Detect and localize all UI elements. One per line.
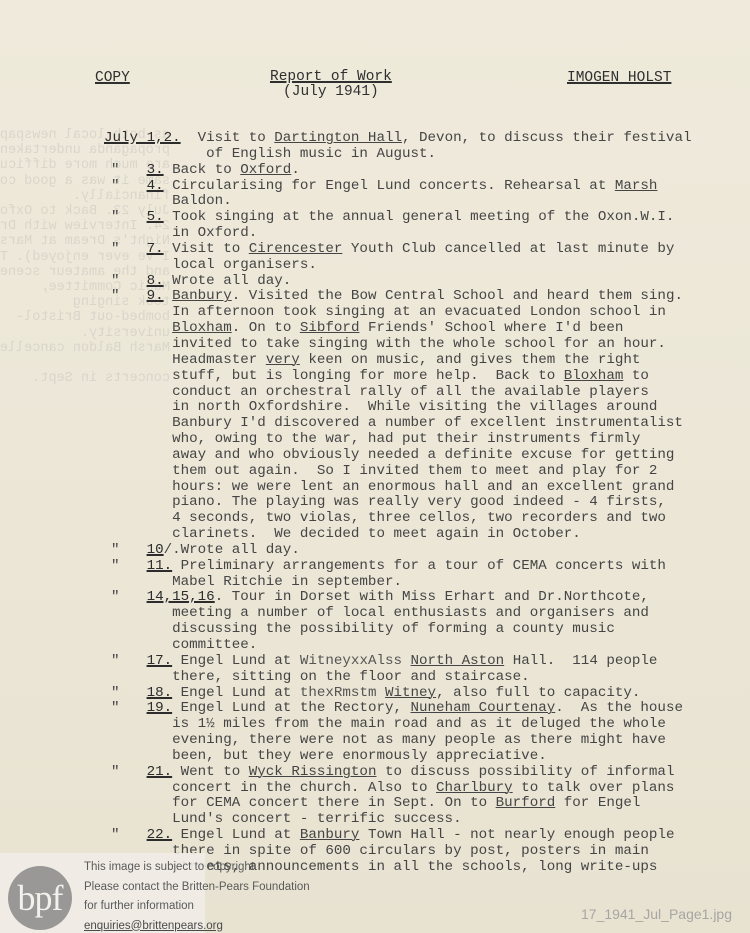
ditto-mark: " bbox=[111, 289, 120, 305]
contact-email-link[interactable]: enquiries@brittenpears.org bbox=[84, 920, 223, 932]
entry-line: In afternoon took singing at an evacuate… bbox=[104, 305, 750, 321]
entry-text: is 1½ miles from the main road and as it… bbox=[104, 716, 666, 732]
entry-text: Visit to bbox=[181, 130, 275, 146]
entry-text: to discuss possibility of informal bbox=[376, 764, 674, 780]
entry-line: Baldon. bbox=[104, 194, 750, 210]
entry-line: 7. Visit to Cirencester Youth Club cance… bbox=[104, 242, 750, 258]
entry-text: local organisers. bbox=[104, 257, 317, 273]
entry-line: conduct an orchestral rally of all the a… bbox=[104, 385, 750, 401]
report-entry: " 11. Preliminary arrangements for a tou… bbox=[104, 559, 750, 591]
report-body: July 1,2. Visit to Dartington Hall, Devo… bbox=[104, 131, 750, 876]
entry-text: Visit to bbox=[164, 241, 249, 257]
entry-text: them out again. So I invited them to mee… bbox=[104, 463, 657, 479]
ditto-mark: " bbox=[111, 179, 120, 195]
entry-date: 8. bbox=[147, 273, 164, 289]
entry-line: in north Oxfordshire. While visiting the… bbox=[104, 400, 750, 416]
entry-text: Town Hall - not nearly enough people bbox=[359, 827, 674, 843]
copyright-notice: This image is subject to copyright Pleas… bbox=[84, 858, 310, 933]
entry-text: /.Wrote all day. bbox=[164, 542, 300, 558]
entry-text bbox=[376, 685, 385, 701]
report-entry: " 4. Circularising for Engel Lund concer… bbox=[104, 179, 750, 211]
entry-text: Preliminary arrangements for a tour of C… bbox=[172, 558, 666, 574]
entry-line: 18. Engel Lund at thexRmstm Witney, also… bbox=[104, 686, 750, 702]
entry-line: Bloxham. On to Sibford Friends' School w… bbox=[104, 321, 750, 337]
entry-text: Engel Lund at the Rectory, bbox=[172, 700, 410, 716]
bpf-logo: bpf bbox=[8, 866, 72, 930]
entry-text: meeting a number of local enthusiasts an… bbox=[104, 605, 649, 621]
entry-text: Circularising for Engel Lund concerts. R… bbox=[164, 178, 615, 194]
struck-text: thexRmstm bbox=[300, 685, 377, 701]
copyright-line-2: Please contact the Britten-Pears Foundat… bbox=[84, 878, 310, 898]
entry-text: Went to bbox=[172, 764, 249, 780]
copyright-line-1: This image is subject to copyright bbox=[84, 858, 310, 878]
entry-line: 4 seconds, two violas, three cellos, two… bbox=[104, 511, 750, 527]
report-entry: " 19. Engel Lund at the Rectory, Nuneham… bbox=[104, 701, 750, 764]
entry-text: committee. bbox=[104, 637, 257, 653]
entry-text: away and who obviously needed a definite… bbox=[104, 447, 674, 463]
entry-date: 17. bbox=[147, 653, 173, 669]
entry-text: for CEMA concert there in Sept. On to bbox=[104, 795, 496, 811]
underlined-place: Oxford bbox=[240, 162, 291, 178]
entry-text: Wrote all day. bbox=[164, 273, 292, 289]
title-text: Report of Work bbox=[270, 69, 392, 85]
author-name: IMOGEN HOLST bbox=[567, 70, 671, 86]
entry-line: committee. bbox=[104, 638, 750, 654]
entry-text: piano. The playing was really very good … bbox=[104, 494, 666, 510]
entry-line: 5. Took singing at the annual general me… bbox=[104, 210, 750, 226]
entry-line: July 1,2. Visit to Dartington Hall, Devo… bbox=[104, 131, 750, 147]
file-name: 17_1941_Jul_Page1.jpg bbox=[581, 906, 732, 922]
report-entry: " 14,15,16. Tour in Dorset with Miss Erh… bbox=[104, 590, 750, 653]
entry-text: keen on music, and gives them the right bbox=[300, 352, 641, 368]
entry-line: is 1½ miles from the main road and as it… bbox=[104, 717, 750, 733]
entry-line: discussing the possibility of forming a … bbox=[104, 622, 750, 638]
entry-line: away and who obviously needed a definite… bbox=[104, 448, 750, 464]
entry-line: who, owing to the war, had put their ins… bbox=[104, 432, 750, 448]
entry-text: discussing the possibility of forming a … bbox=[104, 621, 615, 637]
report-entry: " 8. Wrote all day. bbox=[104, 274, 750, 290]
entry-text: Lund's concert - terrific success. bbox=[104, 811, 462, 827]
report-entry: " 7. Visit to Cirencester Youth Club can… bbox=[104, 242, 750, 274]
underlined-place: Sibford bbox=[300, 320, 360, 336]
copy-label: COPY bbox=[95, 70, 130, 86]
entry-text: concert in the church. Also to bbox=[104, 780, 436, 796]
entry-line: hours: we were lent an enormous hall and… bbox=[104, 480, 750, 496]
entry-text: conduct an orchestral rally of all the a… bbox=[104, 384, 649, 400]
entry-text: Youth Club cancelled at last minute by bbox=[342, 241, 674, 257]
entry-text: Back to bbox=[164, 162, 241, 178]
entry-text: Engel Lund at bbox=[172, 827, 300, 843]
underlined-place: Wyck Rissington bbox=[249, 764, 377, 780]
entry-line: meeting a number of local enthusiasts an… bbox=[104, 606, 750, 622]
ditto-mark: " bbox=[111, 701, 120, 717]
copyright-line-3: for further information bbox=[84, 897, 310, 917]
entry-line: evening, there were not as many people a… bbox=[104, 733, 750, 749]
ditto-mark: " bbox=[111, 543, 120, 559]
entry-text: stuff, but is longing for more help. Bac… bbox=[104, 368, 564, 384]
entry-line: piano. The playing was really very good … bbox=[104, 495, 750, 511]
entry-line: Headmaster very keen on music, and gives… bbox=[104, 353, 750, 369]
ditto-mark: " bbox=[111, 559, 120, 575]
underlined-place: Charlbury bbox=[436, 780, 513, 796]
entry-line: of English music in August. bbox=[104, 147, 750, 163]
entry-line: 8. Wrote all day. bbox=[104, 274, 750, 290]
entry-line: 3. Back to Oxford. bbox=[104, 163, 750, 179]
underlined-place: Banbury bbox=[300, 827, 360, 843]
entry-line: 14,15,16. Tour in Dorset with Miss Erhar… bbox=[104, 590, 750, 606]
entry-text: hours: we were lent an enormous hall and… bbox=[104, 479, 674, 495]
entry-text: In afternoon took singing at an evacuate… bbox=[104, 304, 666, 320]
entry-date: 22. bbox=[147, 827, 173, 843]
underlined-place: Cirencester bbox=[249, 241, 343, 257]
entry-text: . On to bbox=[232, 320, 300, 336]
entry-line: Banbury I'd discovered a number of excel… bbox=[104, 416, 750, 432]
entry-line: stuff, but is longing for more help. Bac… bbox=[104, 369, 750, 385]
entry-line: Mabel Ritchie in september. bbox=[104, 575, 750, 591]
underlined-place: Bloxham bbox=[564, 368, 624, 384]
report-entry: " 10/.Wrote all day. bbox=[104, 543, 750, 559]
entry-text: Engel Lund at bbox=[172, 653, 300, 669]
report-entry: " 5. Took singing at the annual general … bbox=[104, 210, 750, 242]
entry-text: . Tour in Dorset with Miss Erhart and Dr… bbox=[215, 589, 649, 605]
report-entry: July 1,2. Visit to Dartington Hall, Devo… bbox=[104, 131, 750, 163]
entry-text: 4 seconds, two violas, three cellos, two… bbox=[104, 510, 666, 526]
ditto-mark: " bbox=[111, 828, 120, 844]
entry-text: . bbox=[291, 162, 300, 178]
entry-text: Took singing at the annual general meeti… bbox=[164, 209, 675, 225]
entry-line: clarinets. We decided to meet again in O… bbox=[104, 527, 750, 543]
entry-text: evening, there were not as many people a… bbox=[104, 732, 666, 748]
underlined-place: Marsh bbox=[615, 178, 658, 194]
entry-text: , Devon, to discuss their festival bbox=[402, 130, 691, 146]
entry-text: Baldon. bbox=[104, 193, 232, 209]
underlined-place: Banbury bbox=[172, 288, 232, 304]
report-title: Report of Work (July 1941) bbox=[270, 70, 392, 100]
entry-text bbox=[104, 320, 172, 336]
report-entry: " 17. Engel Lund at WitneyxxAlss North A… bbox=[104, 654, 750, 686]
entry-text: clarinets. We decided to meet again in O… bbox=[104, 526, 581, 542]
underlined-place: Nuneham Courtenay bbox=[411, 700, 556, 716]
entry-text: in Oxford. bbox=[104, 225, 257, 241]
entry-text: there, sitting on the floor and staircas… bbox=[104, 669, 530, 685]
ditto-mark: " bbox=[111, 686, 120, 702]
entry-line: for CEMA concert there in Sept. On to Bu… bbox=[104, 796, 750, 812]
entry-text: for Engel bbox=[555, 795, 640, 811]
underlined-place: Dartington Hall bbox=[274, 130, 402, 146]
entry-line: 4. Circularising for Engel Lund concerts… bbox=[104, 179, 750, 195]
entry-line: Lund's concert - terrific success. bbox=[104, 812, 750, 828]
entry-text: of English music in August. bbox=[104, 146, 436, 162]
struck-text: WitneyxxAlss bbox=[300, 653, 402, 669]
entry-text: to talk over plans bbox=[513, 780, 675, 796]
entry-line: 21. Went to Wyck Rissington to discuss p… bbox=[104, 765, 750, 781]
entry-line: there, sitting on the floor and staircas… bbox=[104, 670, 750, 686]
entry-text: . Visited the Bow Central School and hea… bbox=[232, 288, 683, 304]
entry-date: 4. bbox=[147, 178, 164, 194]
entry-date: 11. bbox=[147, 558, 173, 574]
entry-line: concert in the church. Also to Charlbury… bbox=[104, 781, 750, 797]
entry-date: 9. bbox=[147, 288, 164, 304]
underlined-place: North Aston bbox=[411, 653, 505, 669]
entry-text: Engel Lund at bbox=[172, 685, 300, 701]
entry-text bbox=[402, 653, 411, 669]
ditto-mark: " bbox=[111, 242, 120, 258]
entry-text: in north Oxfordshire. While visiting the… bbox=[104, 399, 657, 415]
entry-line: 11. Preliminary arrangements for a tour … bbox=[104, 559, 750, 575]
entry-text: who, owing to the war, had put their ins… bbox=[104, 431, 640, 447]
entry-date: 14,15,16 bbox=[147, 589, 215, 605]
entry-text: Hall. 114 people bbox=[504, 653, 657, 669]
entry-text: been, but they were enormously appreciat… bbox=[104, 748, 547, 764]
entry-line: 17. Engel Lund at WitneyxxAlss North Ast… bbox=[104, 654, 750, 670]
entry-date: July 1,2. bbox=[104, 130, 181, 146]
ditto-mark: " bbox=[111, 654, 120, 670]
entry-date: 19. bbox=[147, 700, 173, 716]
entry-text: Banbury I'd discovered a number of excel… bbox=[104, 415, 683, 431]
entry-date: 3. bbox=[147, 162, 164, 178]
ditto-mark: " bbox=[111, 274, 120, 290]
entry-line: local organisers. bbox=[104, 258, 750, 274]
entry-date: 21. bbox=[147, 764, 173, 780]
entry-text: to bbox=[623, 368, 649, 384]
ditto-mark: " bbox=[111, 210, 120, 226]
entry-line: 22. Engel Lund at Banbury Town Hall - no… bbox=[104, 828, 750, 844]
entry-text: Headmaster bbox=[104, 352, 266, 368]
entry-line: invited to take singing with the whole s… bbox=[104, 337, 750, 353]
entry-line: 10/.Wrote all day. bbox=[104, 543, 750, 559]
entry-line: 9. Banbury. Visited the Bow Central Scho… bbox=[104, 289, 750, 305]
ditto-mark: " bbox=[111, 590, 120, 606]
report-entry: " 9. Banbury. Visited the Bow Central Sc… bbox=[104, 289, 750, 543]
entry-date: 7. bbox=[147, 241, 164, 257]
report-entry: " 3. Back to Oxford. bbox=[104, 163, 750, 179]
ditto-mark: " bbox=[111, 163, 120, 179]
report-entry: " 18. Engel Lund at thexRmstm Witney, al… bbox=[104, 686, 750, 702]
underlined-place: very bbox=[266, 352, 300, 368]
entry-date: 10 bbox=[147, 542, 164, 558]
entry-line: been, but they were enormously appreciat… bbox=[104, 749, 750, 765]
ditto-mark: " bbox=[111, 765, 120, 781]
entry-date: 18. bbox=[147, 685, 173, 701]
entry-text: . As the house bbox=[555, 700, 683, 716]
underlined-place: Witney bbox=[385, 685, 436, 701]
entry-line: them out again. So I invited them to mee… bbox=[104, 464, 750, 480]
entry-line: 19. Engel Lund at the Rectory, Nuneham C… bbox=[104, 701, 750, 717]
report-entry: " 21. Went to Wyck Rissington to discuss… bbox=[104, 765, 750, 828]
underlined-place: Bloxham bbox=[172, 320, 232, 336]
entry-date: 5. bbox=[147, 209, 164, 225]
entry-text bbox=[164, 288, 173, 304]
entry-text: Friends' School where I'd been bbox=[359, 320, 623, 336]
underlined-place: Burford bbox=[496, 795, 556, 811]
entry-line: in Oxford. bbox=[104, 226, 750, 242]
title-date: (July 1941) bbox=[283, 84, 379, 100]
entry-text: , also full to capacity. bbox=[436, 685, 640, 701]
entry-text: Mabel Ritchie in september. bbox=[104, 574, 402, 590]
entry-text: invited to take singing with the whole s… bbox=[104, 336, 666, 352]
